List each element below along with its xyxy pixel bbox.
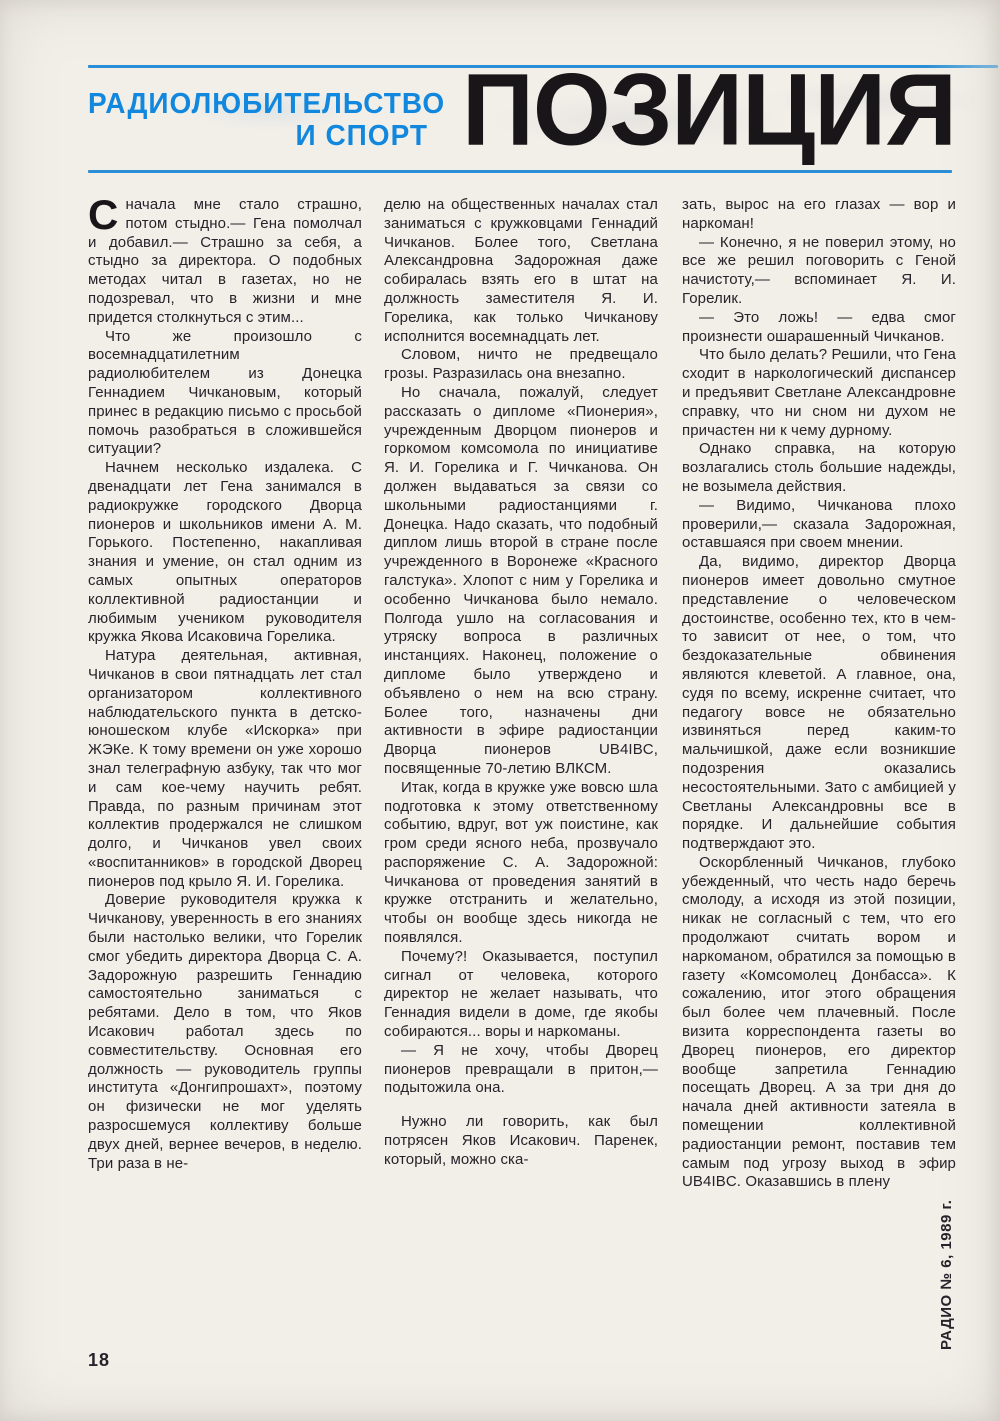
paragraph: Итак, когда в кружке уже вовсю шла подго…	[384, 779, 658, 948]
paragraph: — Это ложь! — едва смог произнести ошара…	[682, 309, 956, 347]
paragraph: Оскорбленный Чичканов, глубоко убежденны…	[682, 854, 956, 1192]
text-column-1: Сначала мне стало страшно, потом стыдно.…	[88, 196, 362, 1362]
header-rule-bottom	[88, 170, 952, 173]
issue-label-vertical: РАДИО № 6, 1989 г.	[938, 1180, 955, 1350]
paragraph: Но сначала, пожалуй, следует рассказать …	[384, 384, 658, 779]
rubric-line-2: И СПОРТ	[88, 119, 428, 151]
paragraph: Натура деятельная, активная, Чичканов в …	[88, 647, 362, 891]
page-number: 18	[88, 1350, 110, 1371]
paragraph: — Видимо, Чичканова плохо проверили,— ск…	[682, 497, 956, 553]
paragraph: Доверие руководителя кружка к Чичканову,…	[88, 891, 362, 1173]
paragraph: Да, видимо, директор Дворца пионеров име…	[682, 553, 956, 854]
dropcap-letter: С	[88, 196, 125, 231]
paragraph: — Конечно, я не поверил этому, но все же…	[682, 234, 956, 309]
paragraph: Однако справка, на которую возлагались с…	[682, 440, 956, 496]
paragraph: Что было делать? Решили, что Гена сходит…	[682, 346, 956, 440]
section-rubric: РАДИОЛЮБИТЕЛЬСТВО И СПОРТ	[88, 87, 428, 151]
paragraph: Нужно ли говорить, как был потрясен Яков…	[384, 1113, 658, 1169]
paragraph: зать, вырос на его глазах — вор и нарком…	[682, 196, 956, 234]
paragraph: — Я не хочу, чтобы Дворец пионеров превр…	[384, 1042, 658, 1098]
paragraph: Словом, ничто не предвещало грозы. Разра…	[384, 346, 658, 384]
paragraph: Начнем несколько издалека. С двенадцати …	[88, 459, 362, 647]
article-title: ПОЗИЦИЯ	[462, 57, 962, 163]
text-column-2: делю на общественных началах стал занима…	[384, 196, 658, 1362]
magazine-page: РАДИОЛЮБИТЕЛЬСТВО И СПОРТ ПОЗИЦИЯ Сначал…	[0, 0, 1000, 1421]
paragraph: делю на общественных началах стал занима…	[384, 196, 658, 346]
paragraph: Что же произошло с восемнадцатилетним ра…	[88, 328, 362, 460]
paragraph: Почему?! Оказывается, поступил сигнал от…	[384, 948, 658, 1042]
paragraph: Сначала мне стало страшно, потом стыдно.…	[88, 196, 362, 328]
text-column-3: зать, вырос на его глазах — вор и нарком…	[682, 196, 956, 1362]
rubric-line-1: РАДИОЛЮБИТЕЛЬСТВО	[88, 87, 428, 119]
